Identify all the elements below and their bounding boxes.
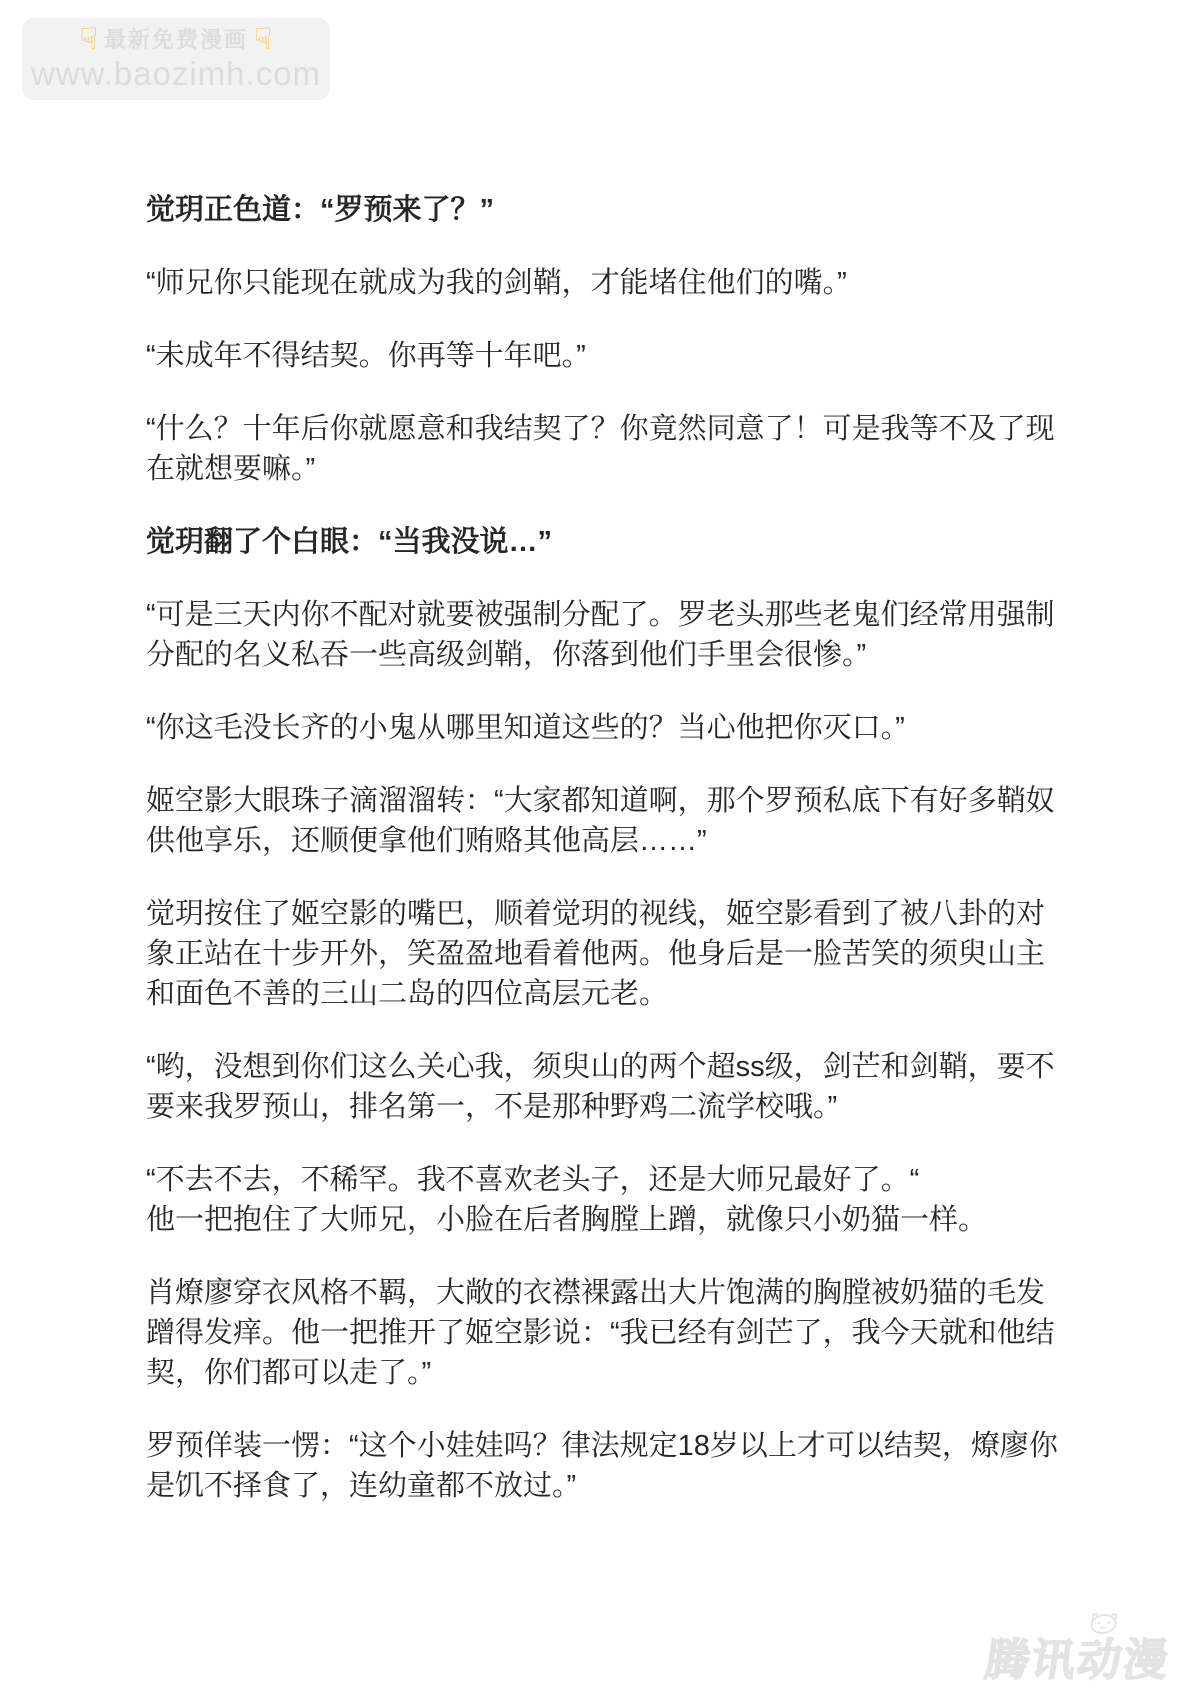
paragraph: “可是三天内你不配对就要被强制分配了。罗老头那些老鬼们经常用强制分配的名义私吞一… (146, 595, 1058, 675)
paragraph: 姬空影大眼珠子滴溜溜转：“大家都知道啊，那个罗预私底下有好多鞘奴供他享乐，还顺便… (146, 781, 1058, 861)
baozimh-watermark: ☟ 最新免费漫画 ☟ www.baozimh.com (22, 18, 330, 100)
point-down-icon: ☟ (80, 25, 98, 55)
paragraph: “师兄你只能现在就成为我的剑鞘，才能堵住他们的嘴。” (146, 263, 1058, 303)
paragraph: 觉玥翻了个白眼：“当我没说…” (146, 522, 1058, 562)
paragraph: “哟，没想到你们这么关心我，须臾山的两个超ss级，剑芒和剑鞘，要不要来我罗预山，… (146, 1047, 1058, 1127)
novel-text-block: 觉玥正色道：“罗预来了？” “师兄你只能现在就成为我的剑鞘，才能堵住他们的嘴。”… (146, 190, 1058, 1539)
paragraph: 肖燎廖穿衣风格不羁，大敞的衣襟裸露出大片饱满的胸膛被奶猫的毛发蹭得发痒。他一把推… (146, 1273, 1058, 1393)
reader-page: ☟ 最新免费漫画 ☟ www.baozimh.com 觉玥正色道：“罗预来了？”… (0, 0, 1200, 1698)
paragraph: “不去不去，不稀罕。我不喜欢老头子，还是大师兄最好了。“ 他一把抱住了大师兄，小… (146, 1160, 1058, 1240)
watermark-title: 最新免费漫画 (104, 27, 248, 53)
tencent-comics-logo-text: 腾讯动漫 (982, 1636, 1173, 1685)
paragraph: “你这毛没长齐的小鬼从哪里知道这些的？当心他把你灭口。” (146, 708, 1058, 748)
tencent-comics-watermark: 腾讯动漫 (982, 1624, 1175, 1688)
penguin-face-icon (1085, 1610, 1122, 1634)
paragraph: 觉玥正色道：“罗预来了？” (146, 190, 1058, 230)
paragraph: 罗预佯装一愣：“这个小娃娃吗？律法规定18岁以上才可以结契，燎廖你是饥不择食了，… (146, 1426, 1058, 1506)
paragraph: “什么？十年后你就愿意和我结契了？你竟然同意了！可是我等不及了现在就想要嘛。” (146, 409, 1058, 489)
watermark-url: www.baozimh.com (31, 56, 321, 92)
point-down-icon: ☟ (254, 25, 272, 55)
paragraph: 觉玥按住了姬空影的嘴巴，顺着觉玥的视线，姬空影看到了被八卦的对象正站在十步开外，… (146, 894, 1058, 1014)
paragraph: “未成年不得结契。你再等十年吧。” (146, 336, 1058, 376)
watermark-title-row: ☟ 最新免费漫画 ☟ (80, 25, 273, 55)
